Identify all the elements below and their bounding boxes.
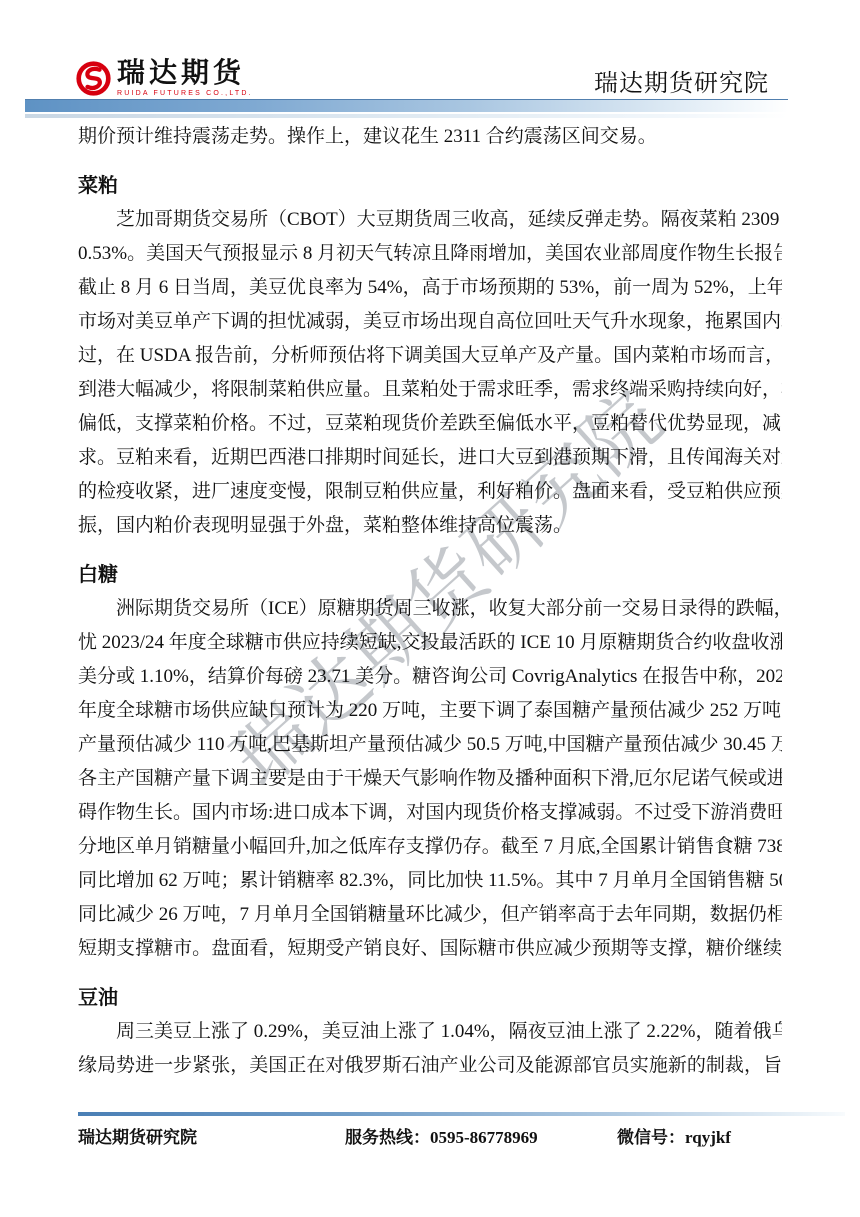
text-line: 到港大幅减少，将限制菜粕供应量。且菜粕处于需求旺季，需求终端采购持续向好，榨企库…: [78, 373, 782, 407]
header-divider-bar-light: [25, 114, 788, 118]
report-page: 瑞达期货研究院 瑞达期货 RUIDA FUTURES CO.,LTD. 瑞达期货…: [0, 0, 860, 1217]
page-header: 瑞达期货 RUIDA FUTURES CO.,LTD. 瑞达期货研究院: [0, 0, 860, 120]
footer-divider: [78, 1112, 845, 1116]
footer-hotline-number: 0595-86778969: [430, 1128, 538, 1147]
text-line: 过，在 USDA 报告前，分析师预估将下调美国大豆单产及产量。国内菜粕市场而言，…: [78, 339, 782, 373]
text-line: 周三美豆上涨了 0.29%，美豆油上涨了 1.04%，隔夜豆油上涨了 2.22%…: [78, 1015, 782, 1049]
footer-wechat-id: rqyjkf: [685, 1128, 731, 1147]
ruida-logo-icon: [75, 60, 112, 97]
brand-text-block: 瑞达期货 RUIDA FUTURES CO.,LTD.: [117, 58, 253, 97]
text-line: 年度全球糖市场供应缺口预计为 220 万吨，主要下调了泰国糖产量预估减少 252…: [78, 694, 782, 728]
report-body: 期价预计维持震荡走势。操作上，建议花生 2311 合约震荡区间交易。 菜粕芝加哥…: [78, 120, 782, 1083]
content-sections: 菜粕芝加哥期货交易所（CBOT）大豆期货周三收高，延续反弹走势。隔夜菜粕 230…: [78, 169, 782, 1083]
text-line: 偏低，支撑菜粕价格。不过，豆菜粕现货价差跌至偏低水平，豆粕替代优势显现，减弱菜粕…: [78, 407, 782, 441]
footer-wechat-label: 微信号：: [617, 1128, 685, 1147]
text-line: 求。豆粕来看，近期巴西港口排期时间延长，进口大豆到港预期下滑，且传闻海关对进口大…: [78, 441, 782, 475]
header-divider-bar: [25, 99, 788, 112]
brand-name-cn: 瑞达期货: [117, 58, 253, 88]
text-line: 芝加哥期货交易所（CBOT）大豆期货周三收高，延续反弹走势。隔夜菜粕 2309 …: [78, 203, 782, 237]
section-heading: 豆油: [78, 981, 782, 1015]
section-heading: 菜粕: [78, 169, 782, 203]
text-line: 忧 2023/24 年度全球糖市供应持续短缺,交投最活跃的 ICE 10 月原糖…: [78, 626, 782, 660]
section-heading: 白糖: [78, 558, 782, 592]
text-line: 截止 8 月 6 日当周，美豆优良率为 54%，高于市场预期的 53%，前一周为…: [78, 271, 782, 305]
text-line: 同比减少 26 万吨，7 月单月全国销糖量环比减少，但产销率高于去年同期，数据仍…: [78, 898, 782, 932]
footer-institute: 瑞达期货研究院: [78, 1126, 197, 1150]
brand-name-en: RUIDA FUTURES CO.,LTD.: [117, 90, 253, 97]
footer-hotline-label: 服务热线：: [345, 1128, 430, 1147]
page-footer: 瑞达期货研究院 服务热线：0595-86778969 微信号：rqyjkf: [0, 1108, 860, 1168]
text-line: 同比增加 62 万吨；累计销糖率 82.3%，同比加快 11.5%。其中 7 月…: [78, 864, 782, 898]
text-line: 的检疫收紧，进厂速度变慢，限制豆粕供应量，利好粕价。盘面来看，受豆粕供应预期收紧…: [78, 475, 782, 509]
footer-hotline: 服务热线：0595-86778969: [345, 1126, 538, 1150]
text-line: 缘局势进一步紧张，美国正在对俄罗斯石油产业公司及能源部官员实施新的制裁，旨在削弱…: [78, 1049, 782, 1083]
footer-wechat: 微信号：rqyjkf: [617, 1126, 731, 1150]
intro-line: 期价预计维持震荡走势。操作上，建议花生 2311 合约震荡区间交易。: [78, 120, 782, 154]
text-line: 各主产国糖产量下调主要是由于干燥天气影响作物及播种面积下滑,厄尔尼诺气候或进一步…: [78, 762, 782, 796]
text-line: 振，国内粕价表现明显强于外盘，菜粕整体维持高位震荡。: [78, 509, 782, 543]
institute-title: 瑞达期货研究院: [594, 70, 769, 98]
text-line: 市场对美豆单产下调的担忧减弱，美豆市场出现自高位回吐天气升水现象，拖累国内粕价。…: [78, 305, 782, 339]
text-line: 美分或 1.10%，结算价每磅 23.71 美分。糖咨询公司 CovrigAna…: [78, 660, 782, 694]
text-line: 产量预估减少 110 万吨,巴基斯坦产量预估减少 50.5 万吨,中国糖产量预估…: [78, 728, 782, 762]
text-line: 短期支撑糖市。盘面看，短期受产销良好、国际糖市供应减少预期等支撑，糖价继续上涨可…: [78, 932, 782, 966]
text-line: 碍作物生长。国内市场:进口成本下调，对国内现货价格支撑减弱。不过受下游消费旺季，…: [78, 796, 782, 830]
brand-logo: 瑞达期货 RUIDA FUTURES CO.,LTD.: [75, 58, 253, 97]
text-line: 分地区单月销糖量小幅回升,加之低库存支撑仍存。截至 7 月底,全国累计销售食糖 …: [78, 830, 782, 864]
text-line: 洲际期货交易所（ICE）原糖期货周三收涨，收复大部分前一交易日录得的跌幅，市场担: [78, 592, 782, 626]
text-line: 0.53%。美国天气预报显示 8 月初天气转凉且降雨增加，美国农业部周度作物生长…: [78, 237, 782, 271]
